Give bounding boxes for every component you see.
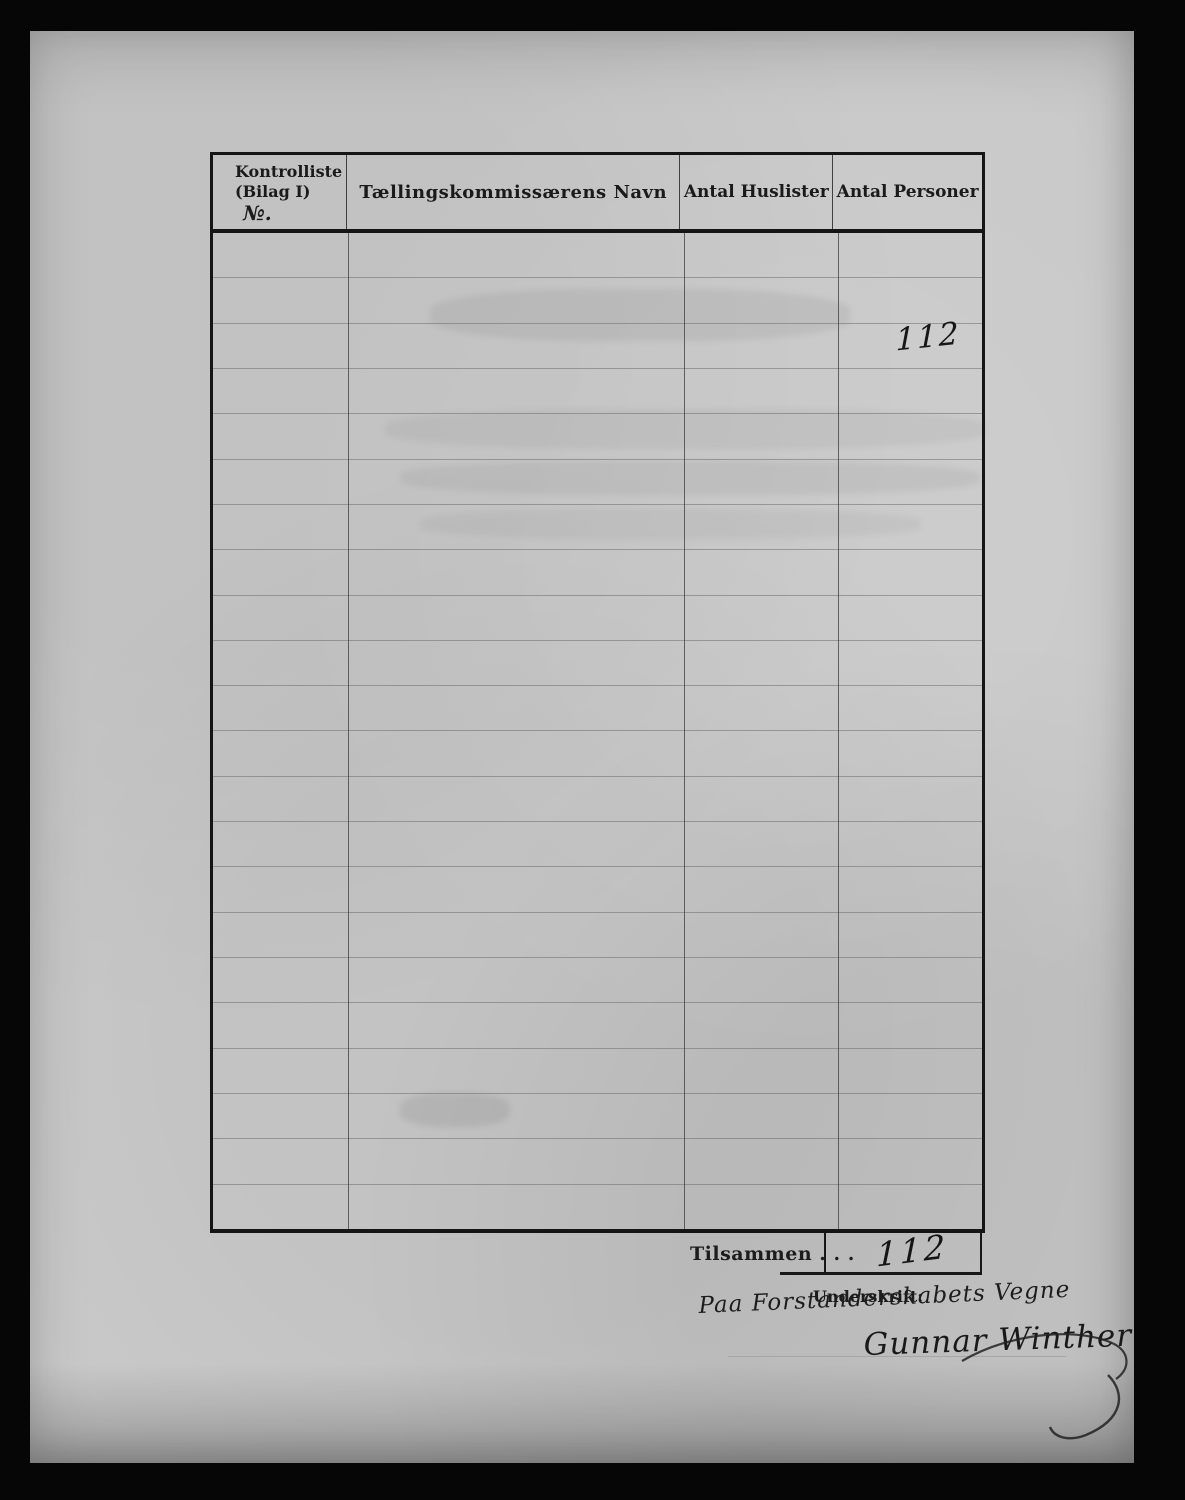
header-kontrolliste-line2: (Bilag I) xyxy=(235,182,310,202)
table-row xyxy=(213,913,982,958)
table-row xyxy=(213,1049,982,1094)
table-row xyxy=(213,1139,982,1184)
tilsammen-label: Tilsammen . . . xyxy=(690,1243,855,1265)
table-row xyxy=(213,505,982,550)
table-body-rows: 112 xyxy=(213,233,982,1229)
header-cell-personer: Antal Personer xyxy=(833,155,982,229)
scanned-document-page: Kontrolliste (Bilag I) №. Tællingskommis… xyxy=(0,0,1185,1500)
control-list-table: Kontrolliste (Bilag I) №. Tællingskommis… xyxy=(210,152,985,1233)
table-column-divider xyxy=(348,233,349,1229)
table-row xyxy=(213,414,982,459)
table-row xyxy=(213,278,982,323)
table-row xyxy=(213,596,982,641)
numero-sign: №. xyxy=(243,203,272,223)
table-row xyxy=(213,641,982,686)
table-header-row: Kontrolliste (Bilag I) №. Tællingskommis… xyxy=(213,155,982,233)
table-row xyxy=(213,233,982,278)
table-row xyxy=(213,550,982,595)
table-row xyxy=(213,777,982,822)
total-box-left-line xyxy=(824,1233,826,1274)
table-row xyxy=(213,822,982,867)
table-row xyxy=(213,460,982,505)
table-row xyxy=(213,867,982,912)
table-row xyxy=(213,958,982,1003)
table-row xyxy=(213,731,982,776)
handwritten-on-behalf-line: Paa Forstanderskabets Vegne xyxy=(698,1276,1079,1319)
table-row xyxy=(213,369,982,414)
paper-sheet: Kontrolliste (Bilag I) №. Tællingskommis… xyxy=(30,31,1134,1463)
header-cell-kontrolliste: Kontrolliste (Bilag I) №. xyxy=(213,155,347,229)
header-navn-label: Tællingskommissærens Navn xyxy=(359,182,667,203)
handwritten-signature: Gunnar Winther xyxy=(863,1318,1133,1363)
table-column-divider xyxy=(838,233,839,1229)
table-row xyxy=(213,1185,982,1229)
header-personer-label: Antal Personer xyxy=(837,182,979,202)
table-column-divider xyxy=(684,233,685,1229)
table-row xyxy=(213,686,982,731)
header-kontrolliste-line1: Kontrolliste xyxy=(235,162,342,182)
table-row xyxy=(213,1003,982,1048)
table-row xyxy=(213,1094,982,1139)
header-cell-navn: Tællingskommissærens Navn xyxy=(347,155,680,229)
header-cell-huslister: Antal Huslister xyxy=(680,155,833,229)
header-huslister-label: Antal Huslister xyxy=(684,182,829,202)
